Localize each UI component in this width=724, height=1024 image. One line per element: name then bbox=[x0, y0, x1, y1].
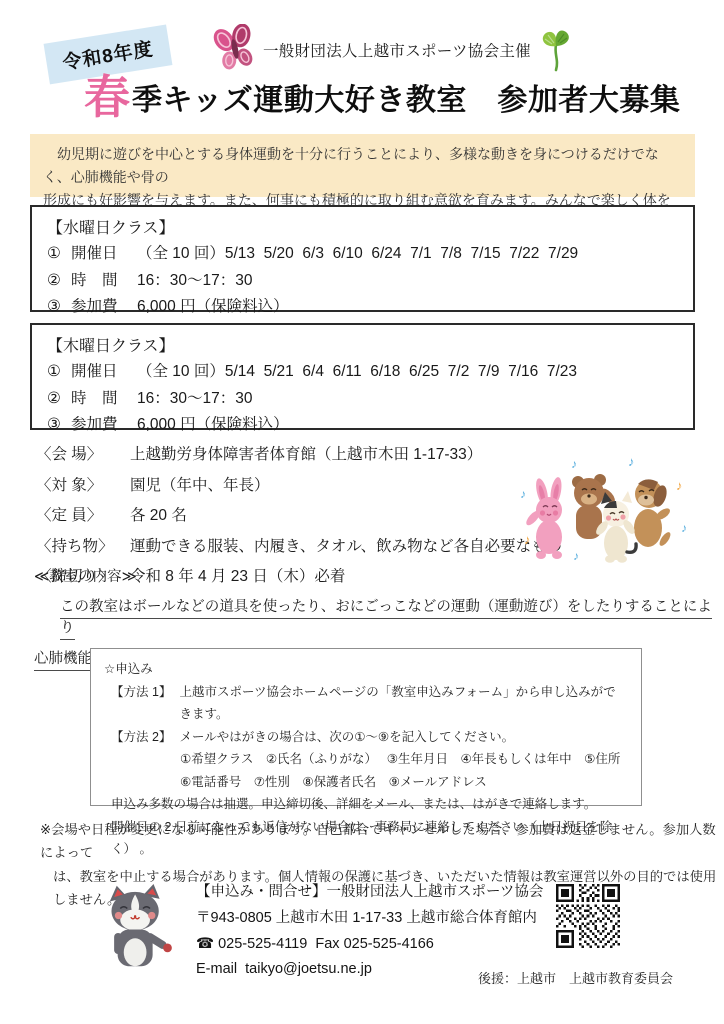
intro-line-1: 幼児期に遊びを中心とする身体運動を十分に行うことにより、多様な動きを身につけるだ… bbox=[43, 143, 682, 189]
capacity-row: 〈定 員〉 各 20 名 bbox=[36, 503, 562, 525]
row-number: ② bbox=[47, 268, 71, 295]
row-value: （全 10 回）5/14 5/21 6/4 6/11 6/18 6/25 7/2… bbox=[137, 359, 577, 386]
row-number: ① bbox=[47, 359, 71, 386]
application-box: ☆申込み 【方法 1】 上越市スポーツ協会ホームページの「教室申込みフォーム」か… bbox=[90, 648, 642, 806]
row-label: 参加費 bbox=[71, 294, 137, 321]
row-label: 参加費 bbox=[71, 412, 137, 439]
method-1-row: 【方法 1】 上越市スポーツ協会ホームページの「教室申込みフォーム」から申し込み… bbox=[111, 681, 628, 726]
row-number: ③ bbox=[47, 412, 71, 439]
wednesday-class-title: 【水曜日クラス】 bbox=[47, 215, 678, 238]
svg-text:♪: ♪ bbox=[524, 532, 531, 547]
svg-text:♪: ♪ bbox=[571, 457, 577, 471]
underlined-text: この教室はボールなどの道具を使ったり、おにごっこなどの運動（運動遊び）をしたりす… bbox=[60, 599, 712, 640]
wednesday-fee-row: ③ 参加費 6,000 円（保険料込） bbox=[47, 294, 678, 321]
disclaimer-line-1: ※会場や日程が変更になる可能性があります。自己都合でキャンセルした場合、参加費は… bbox=[40, 818, 724, 865]
qr-code bbox=[556, 884, 620, 948]
belongings-row: 〈持ち物〉 運動できる服装、内履き、タオル、飲み物など各自必要なもの bbox=[36, 534, 562, 556]
waving-cat-illustration bbox=[92, 884, 180, 968]
svg-text:♪: ♪ bbox=[573, 549, 579, 563]
contents-line-1: この教室はボールなどの道具を使ったり、おにごっこなどの運動（運動遊び）をしたりす… bbox=[60, 595, 724, 637]
row-label: 開催日 bbox=[71, 359, 137, 386]
wednesday-dates-row: ① 開催日 （全 10 回）5/13 5/20 6/3 6/10 6/24 7/… bbox=[47, 241, 678, 268]
wednesday-class-box: 【水曜日クラス】 ① 開催日 （全 10 回）5/13 5/20 6/3 6/1… bbox=[30, 205, 695, 312]
flyer-page: 令和8年度 一般財団法人上越市スポーツ協会主催 bbox=[0, 0, 724, 1024]
row-number: ② bbox=[47, 386, 71, 413]
detail-value: 園児（年中、年長） bbox=[130, 473, 270, 495]
thursday-class-box: 【木曜日クラス】 ① 開催日 （全 10 回）5/14 5/21 6/4 6/1… bbox=[30, 323, 695, 430]
row-value: 16：30～17：30 bbox=[137, 268, 252, 295]
application-fields-line-2: ⑥電話番号 ⑦性別 ⑧保護者氏名 ⑨メールアドレス bbox=[180, 771, 628, 794]
application-heading: ☆申込み bbox=[104, 658, 628, 681]
wednesday-time-row: ② 時 間 16：30～17：30 bbox=[47, 268, 678, 295]
title-text: 季キッズ運動大好き教室 参加者大募集 bbox=[132, 75, 680, 119]
thursday-fee-row: ③ 参加費 6,000 円（保険料込） bbox=[47, 412, 678, 439]
row-label: 時 間 bbox=[71, 268, 137, 295]
sprout-icon bbox=[536, 26, 576, 77]
butterfly-icon bbox=[212, 24, 258, 79]
row-value: （全 10 回）5/13 5/20 6/3 6/10 6/24 7/1 7/8 … bbox=[137, 241, 578, 268]
method-1-text: 上越市スポーツ協会ホームページの「教室申込みフォーム」から申し込みができます。 bbox=[179, 681, 628, 726]
contact-address: 〒943-0805 上越市木田 1-17-33 上越市総合体育館内 bbox=[196, 906, 543, 932]
method-1-label: 【方法 1】 bbox=[111, 681, 171, 726]
row-label: 開催日 bbox=[71, 241, 137, 268]
detail-value: 各 20 名 bbox=[130, 503, 187, 525]
row-number: ③ bbox=[47, 294, 71, 321]
row-number: ① bbox=[47, 241, 71, 268]
page-title: 春 季キッズ運動大好き教室 参加者大募集 bbox=[84, 74, 680, 120]
method-2-label: 【方法 2】 bbox=[111, 726, 171, 749]
svg-text:♪: ♪ bbox=[520, 487, 526, 501]
detail-label: 〈対 象〉 bbox=[36, 473, 130, 495]
svg-text:♪: ♪ bbox=[681, 521, 687, 535]
svg-text:♪: ♪ bbox=[676, 478, 683, 493]
row-value: 16：30～17：30 bbox=[137, 386, 252, 413]
row-value: 6,000 円（保険料込） bbox=[137, 294, 289, 321]
detail-label: 〈持ち物〉 bbox=[36, 534, 130, 556]
title-accent-spring: 春 bbox=[84, 74, 130, 120]
venue-row: 〈会 場〉 上越勤労身体障害者体育館（上越市木田 1-17-33） bbox=[36, 442, 562, 464]
contact-phone: ☎ 025-525-4119 Fax 025-525-4166 bbox=[196, 932, 543, 958]
detail-value: 上越勤労身体障害者体育館（上越市木田 1-17-33） bbox=[130, 442, 482, 464]
intro-box: 幼児期に遊びを中心とする身体運動を十分に行うことにより、多様な動きを身につけるだ… bbox=[30, 134, 695, 197]
organizer-row: 一般財団法人上越市スポーツ協会主催 bbox=[212, 24, 576, 79]
application-fields-line-1: ①希望クラス ②氏名（ふりがな） ③生年月日 ④年長もしくは年中 ⑤住所 bbox=[180, 748, 628, 771]
organizer-text: 一般財団法人上越市スポーツ協会主催 bbox=[263, 39, 531, 65]
support-credit: 後援：上越市 上越市教育委員会 bbox=[478, 968, 673, 987]
detail-label: 〈会 場〉 bbox=[36, 442, 130, 464]
detail-value: 運動できる服装、内履き、タオル、飲み物など各自必要なもの bbox=[130, 534, 562, 556]
row-label: 時 間 bbox=[71, 386, 137, 413]
application-note-1: 申込み多数の場合は抽選。申込締切後、詳細をメール、または、はがきで連絡します。 bbox=[111, 793, 628, 816]
svg-text:♪: ♪ bbox=[628, 454, 635, 469]
contact-title: 【申込み・問合せ】一般財団法人上越市スポーツ協会 bbox=[196, 880, 543, 906]
target-row: 〈対 象〉 園児（年中、年長） bbox=[36, 473, 562, 495]
thursday-class-title: 【木曜日クラス】 bbox=[47, 333, 678, 356]
thursday-time-row: ② 時 間 16：30～17：30 bbox=[47, 386, 678, 413]
detail-label: 〈定 員〉 bbox=[36, 503, 130, 525]
row-value: 6,000 円（保険料込） bbox=[137, 412, 289, 439]
thursday-dates-row: ① 開催日 （全 10 回）5/14 5/21 6/4 6/11 6/18 6/… bbox=[47, 359, 678, 386]
method-2-row: 【方法 2】 メールやはがきの場合は、次の①～⑨を記入してください。 bbox=[111, 726, 628, 749]
contents-heading: ≪教室の内容≫ bbox=[34, 565, 724, 586]
dancing-animals-illustration: ♪ ♪ ♪ ♪ ♪ ♪ ♪ bbox=[516, 452, 696, 570]
method-2-text: メールやはがきの場合は、次の①～⑨を記入してください。 bbox=[179, 726, 514, 749]
